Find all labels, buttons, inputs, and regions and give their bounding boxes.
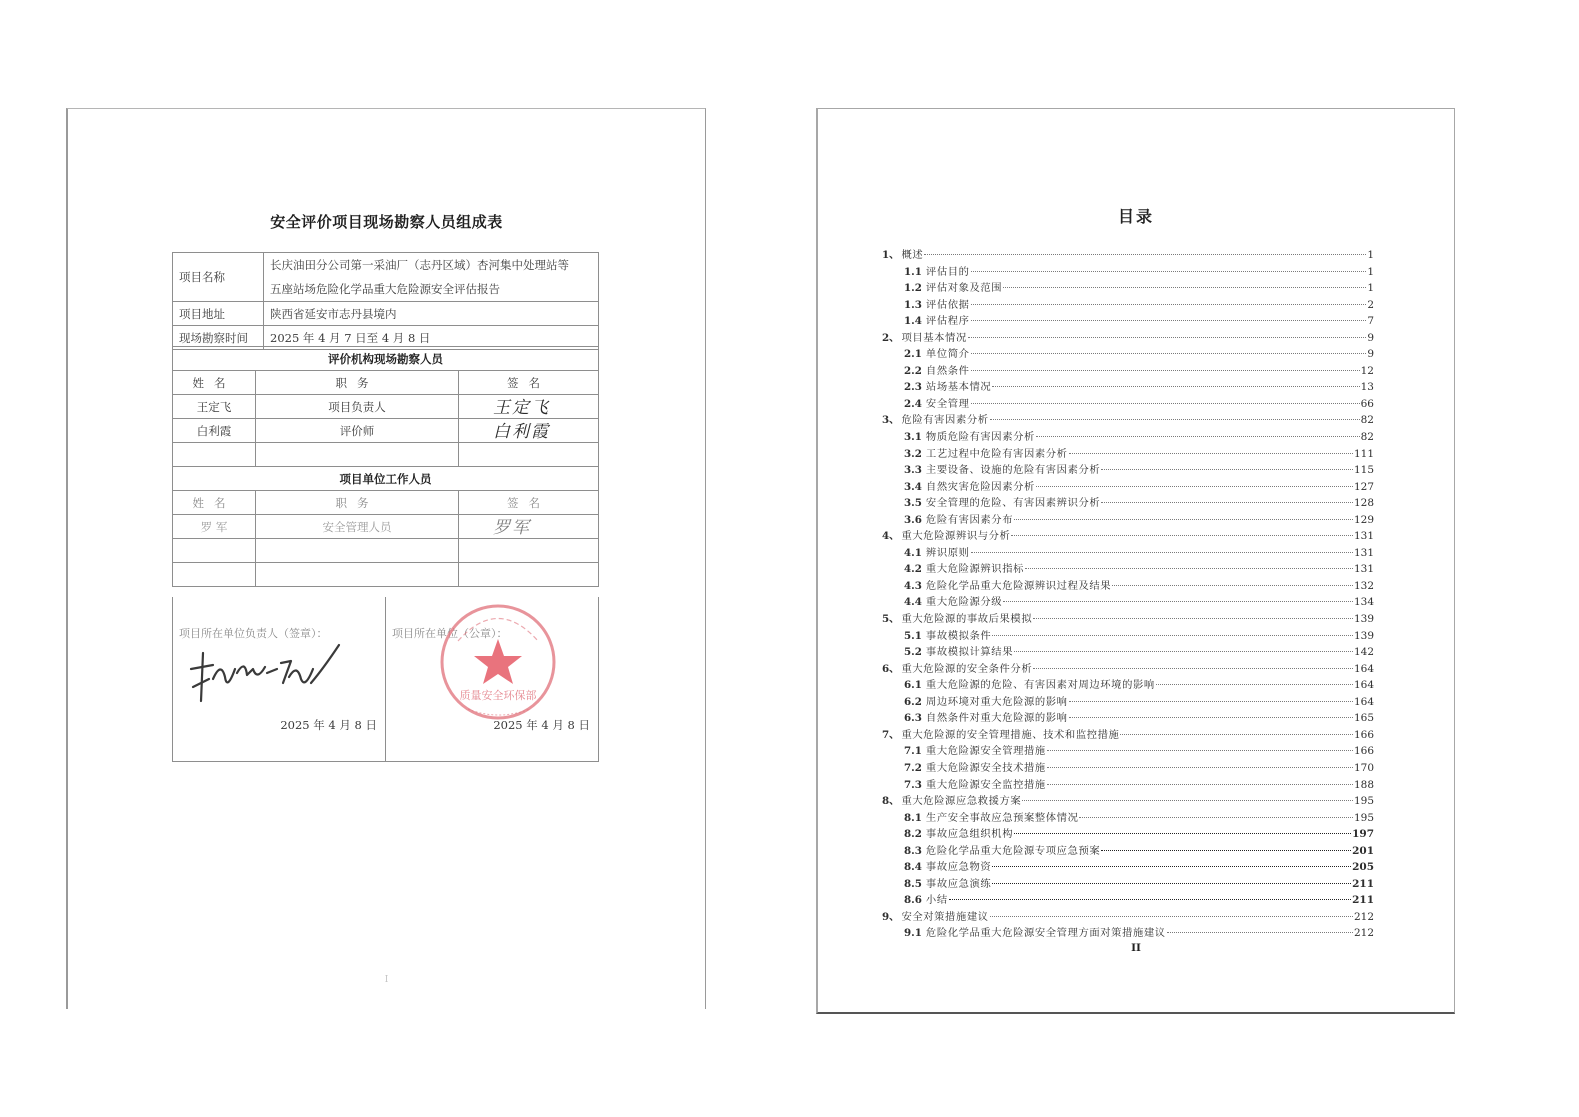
toc-entry-page: 132 — [1354, 578, 1374, 595]
toc-entry[interactable]: 8.4事故应急物资205 — [882, 859, 1374, 876]
dot-leader — [1033, 668, 1353, 669]
toc-entry-number: 1.1 — [904, 264, 922, 281]
responsible-date: 2025 年 4 月 8 日 — [280, 717, 377, 733]
toc-entry-number: 8.4 — [904, 859, 922, 876]
dot-leader — [992, 635, 1353, 636]
dot-leader — [990, 419, 1360, 420]
toc-entry-page: 195 — [1354, 793, 1374, 810]
unit-header-row: 姓名 职务 签名 — [173, 491, 599, 515]
dot-leader — [1120, 734, 1353, 735]
toc-entry-title: 重大危险源的事故后果模拟 — [901, 611, 1032, 628]
toc-entry-page: 211 — [1352, 876, 1374, 893]
toc-entry-title: 安全管理 — [926, 396, 970, 413]
toc-entry-title: 概述 — [901, 247, 923, 264]
toc-entry[interactable]: 3.2工艺过程中危险有害因素分析111 — [882, 446, 1374, 463]
col-position: 职务 — [256, 371, 459, 395]
toc-entry-page: 131 — [1354, 545, 1374, 562]
toc-entry[interactable]: 8.6小结211 — [882, 892, 1374, 909]
toc-entry-page: 1 — [1367, 247, 1374, 264]
toc-entry-title: 重大危险源辨识与分析 — [901, 528, 1010, 545]
toc-entry-title: 重大危险源辨识指标 — [926, 561, 1024, 578]
approval-block: 项目所在单位负责人（签章）： 2025 年 4 月 8 日 项目所在单位（公章）… — [172, 597, 599, 762]
toc-entry-page: 13 — [1361, 379, 1374, 396]
toc-entry[interactable]: 1.1评估目的1 — [882, 264, 1374, 281]
page-number: I — [68, 975, 705, 985]
dot-leader — [1003, 287, 1366, 288]
toc-entry[interactable]: 2.1单位简介9 — [882, 346, 1374, 363]
toc-entry-page: 2 — [1367, 297, 1374, 314]
toc-entry-number: 8.5 — [904, 876, 922, 893]
project-name-row: 项目名称 长庆油田分公司第一采油厂（志丹区域）杏河集中处理站等 五座站场危险化学… — [173, 253, 599, 302]
toc-entry[interactable]: 2.4安全管理66 — [882, 396, 1374, 413]
toc-entry-number: 7.1 — [904, 743, 922, 760]
toc-entry-number: 6.3 — [904, 710, 922, 727]
dot-leader — [1036, 486, 1353, 487]
toc-entry-number: 2、 — [882, 330, 899, 347]
toc-entry-number: 6.1 — [904, 677, 922, 694]
dot-leader — [971, 353, 1367, 354]
toc-entry-number: 4.4 — [904, 594, 922, 611]
toc-entry-page: 128 — [1354, 495, 1374, 512]
toc-entry[interactable]: 6.3自然条件对重大危险源的影响165 — [882, 710, 1374, 727]
signature-cell: 王定飞 — [459, 395, 599, 419]
toc-entry-page: 129 — [1354, 512, 1374, 529]
toc-entry[interactable]: 6、重大危险源的安全条件分析164 — [882, 661, 1374, 678]
dot-leader — [924, 254, 1366, 255]
toc-entry-page: 164 — [1354, 661, 1374, 678]
toc-entry-title: 评估依据 — [926, 297, 970, 314]
toc-entry[interactable]: 1、概述1 — [882, 247, 1374, 264]
toc-entry-title: 重大危险源应急救援方案 — [901, 793, 1021, 810]
toc-entry-page: 201 — [1352, 843, 1374, 860]
toc-entry-number: 3.5 — [904, 495, 922, 512]
toc-list: 1、概述11.1评估目的11.2评估对象及范围11.3评估依据21.4评估程序7… — [882, 247, 1374, 942]
toc-entry-number: 9、 — [882, 909, 899, 926]
dot-leader — [971, 320, 1367, 321]
official-seal-icon: 质量安全环保部 — [438, 601, 558, 723]
toc-entry-page: 127 — [1354, 479, 1374, 496]
table-row: 白利霞 评价师 白利霞 — [173, 419, 599, 443]
toc-entry[interactable]: 4.2重大危险源辨识指标131 — [882, 561, 1374, 578]
seal-cell: 项目所在单位（公章）： 质量安全环保部 2025 年 4 月 8 日 — [385, 597, 598, 761]
toc-entry-title: 辨识原则 — [926, 545, 970, 562]
project-address-label: 项目地址 — [173, 302, 264, 326]
dot-leader — [1101, 469, 1353, 470]
unit-section-title: 项目单位工作人员 — [173, 467, 599, 491]
evaluator-section-title: 评价机构现场勘察人员 — [173, 347, 599, 371]
handwritten-signature: 罗军 — [493, 513, 531, 538]
toc-entry-title: 站场基本情况 — [926, 379, 991, 396]
toc-entry-number: 4.2 — [904, 561, 922, 578]
toc-entry-number: 6、 — [882, 661, 899, 678]
dot-leader — [1047, 767, 1353, 768]
toc-entry[interactable]: 3、危险有害因素分析82 — [882, 412, 1374, 429]
toc-entry-title: 危险有害因素分布 — [926, 512, 1013, 529]
dot-leader — [1101, 502, 1353, 503]
toc-entry-number: 1.2 — [904, 280, 922, 297]
handwritten-signature-icon — [183, 639, 343, 709]
toc-entry-number: 1.4 — [904, 313, 922, 330]
toc-entry-number: 8、 — [882, 793, 899, 810]
toc-entry-title: 危险有害因素分析 — [901, 412, 988, 429]
toc-entry-number: 3、 — [882, 412, 899, 429]
toc-entry-page: 211 — [1352, 892, 1374, 909]
dot-leader — [1033, 618, 1353, 619]
evaluator-table: 评价机构现场勘察人员 姓名 职务 签名 王定飞 项目负责人 王定飞 白利霞 评价… — [172, 346, 599, 587]
toc-entry[interactable]: 2.3站场基本情况13 — [882, 379, 1374, 396]
toc-entry-number: 1、 — [882, 247, 899, 264]
toc-entry-number: 7.2 — [904, 760, 922, 777]
toc-entry-title: 危险化学品重大危险源辨识过程及结果 — [926, 578, 1111, 595]
dot-leader — [1112, 585, 1353, 586]
toc-entry-page: 9 — [1367, 346, 1374, 363]
toc-entry-page: 82 — [1361, 412, 1374, 429]
toc-entry-title: 安全管理的危险、有害因素辨识分析 — [926, 495, 1100, 512]
toc-entry-page: 188 — [1354, 777, 1374, 794]
project-name-label: 项目名称 — [173, 253, 264, 302]
toc-entry-number: 4.3 — [904, 578, 922, 595]
toc-entry-page: 131 — [1354, 528, 1374, 545]
toc-entry[interactable]: 9.1危险化学品重大危险源安全管理方面对策措施建议212 — [882, 925, 1374, 942]
toc-entry-title: 重大危险源的安全管理措施、技术和监控措施 — [901, 727, 1119, 744]
dot-leader — [1011, 535, 1353, 536]
toc-entry[interactable]: 5.1事故模拟条件139 — [882, 628, 1374, 645]
dot-leader — [1069, 453, 1353, 454]
toc-entry-title: 小结 — [926, 892, 948, 909]
toc-entry-title: 重大危险源的危险、有害因素对周边环境的影响 — [926, 677, 1155, 694]
toc-entry-number: 4、 — [882, 528, 899, 545]
toc-entry[interactable]: 7.3重大危险源安全监控措施188 — [882, 777, 1374, 794]
toc-entry-number: 8.2 — [904, 826, 922, 843]
table-of-contents-page: 目录 1、概述11.1评估目的11.2评估对象及范围11.3评估依据21.4评估… — [816, 108, 1455, 1014]
toc-entry-page: 1 — [1367, 264, 1374, 281]
dot-leader — [971, 271, 1367, 272]
toc-entry-number: 6.2 — [904, 694, 922, 711]
toc-entry[interactable]: 6.1重大危险源的危险、有害因素对周边环境的影响164 — [882, 677, 1374, 694]
toc-entry[interactable]: 4.3危险化学品重大危险源辨识过程及结果132 — [882, 578, 1374, 595]
handwritten-signature: 白利霞 — [493, 417, 550, 442]
toc-entry-title: 物质危险有害因素分析 — [926, 429, 1035, 446]
toc-entry-number: 8.1 — [904, 810, 922, 827]
toc-entry-title: 事故应急演练 — [926, 876, 991, 893]
project-address-row: 项目地址 陕西省延安市志丹县境内 — [173, 302, 599, 326]
toc-entry-title: 重大危险源的安全条件分析 — [901, 661, 1032, 678]
toc-entry-number: 3.6 — [904, 512, 922, 529]
dot-leader — [992, 866, 1351, 867]
toc-title: 目录 — [818, 204, 1454, 227]
toc-entry-title: 工艺过程中危险有害因素分析 — [926, 446, 1068, 463]
toc-entry-page: 164 — [1354, 677, 1374, 694]
toc-entry[interactable]: 4.4重大危险源分级134 — [882, 594, 1374, 611]
toc-entry-number: 3.1 — [904, 429, 922, 446]
toc-entry[interactable]: 7.2重大危险源安全技术措施170 — [882, 760, 1374, 777]
toc-entry-page: 9 — [1367, 330, 1374, 347]
dot-leader — [971, 370, 1360, 371]
toc-entry[interactable]: 8.1生产安全事故应急预案整体情况195 — [882, 810, 1374, 827]
project-address-value: 陕西省延安市志丹县境内 — [264, 302, 599, 326]
toc-entry-title: 自然灾害危险因素分析 — [926, 479, 1035, 496]
toc-entry[interactable]: 3.1物质危险有害因素分析82 — [882, 429, 1374, 446]
toc-entry-number: 3.2 — [904, 446, 922, 463]
signature-cell: 白利霞 — [459, 419, 599, 443]
dot-leader — [1156, 684, 1353, 685]
toc-entry-title: 项目基本情况 — [901, 330, 966, 347]
table-row — [173, 443, 599, 467]
toc-entry-number: 2.2 — [904, 363, 922, 380]
toc-entry-title: 主要设备、设施的危险有害因素分析 — [926, 462, 1100, 479]
dot-leader — [968, 337, 1366, 338]
table-row: 王定飞 项目负责人 王定飞 — [173, 395, 599, 419]
dot-leader — [1069, 701, 1353, 702]
toc-entry-page: 7 — [1367, 313, 1374, 330]
toc-entry-page: 134 — [1354, 594, 1374, 611]
toc-entry[interactable]: 4、重大危险源辨识与分析131 — [882, 528, 1374, 545]
toc-entry-number: 4.1 — [904, 545, 922, 562]
dot-leader — [990, 916, 1353, 917]
dot-leader — [1014, 833, 1351, 834]
dot-leader — [1079, 817, 1352, 818]
toc-entry[interactable]: 3.5安全管理的危险、有害因素辨识分析128 — [882, 495, 1374, 512]
handwritten-signature: 王定飞 — [493, 393, 550, 418]
dot-leader — [971, 304, 1367, 305]
dot-leader — [1047, 750, 1353, 751]
toc-entry[interactable]: 3.6危险有害因素分布129 — [882, 512, 1374, 529]
toc-entry-number: 2.4 — [904, 396, 922, 413]
toc-entry-number: 7.3 — [904, 777, 922, 794]
toc-entry-title: 安全对策措施建议 — [901, 909, 988, 926]
toc-entry-title: 单位简介 — [926, 346, 970, 363]
toc-entry-title: 危险化学品重大危险源安全管理方面对策措施建议 — [926, 925, 1166, 942]
toc-entry[interactable]: 3.3主要设备、设施的危险有害因素分析115 — [882, 462, 1374, 479]
toc-entry-title: 评估对象及范围 — [926, 280, 1002, 297]
toc-entry-number: 3.4 — [904, 479, 922, 496]
toc-entry-title: 重大危险源分级 — [926, 594, 1002, 611]
toc-entry-page: 195 — [1354, 810, 1374, 827]
dot-leader — [1003, 601, 1353, 602]
toc-entry[interactable]: 3.4自然灾害危险因素分析127 — [882, 479, 1374, 496]
toc-entry[interactable]: 4.1辨识原则131 — [882, 545, 1374, 562]
toc-entry-number: 3.3 — [904, 462, 922, 479]
toc-entry-page: 197 — [1352, 826, 1374, 843]
col-signature: 签名 — [459, 371, 599, 395]
project-name-value: 长庆油田分公司第一采油厂（志丹区域）杏河集中处理站等 五座站场危险化学品重大危险… — [264, 253, 599, 302]
toc-entry-page: 12 — [1361, 363, 1374, 380]
responsible-signature-cell: 项目所在单位负责人（签章）： 2025 年 4 月 8 日 — [173, 597, 385, 761]
dot-leader — [949, 899, 1351, 900]
toc-entry[interactable]: 8.5事故应急演练211 — [882, 876, 1374, 893]
toc-entry-title: 自然条件 — [926, 363, 970, 380]
toc-entry-page: 139 — [1354, 611, 1374, 628]
toc-entry-title: 事故应急组织机构 — [926, 826, 1013, 843]
dot-leader — [992, 386, 1359, 387]
toc-entry[interactable]: 1.2评估对象及范围1 — [882, 280, 1374, 297]
toc-entry-page: 1 — [1367, 280, 1374, 297]
toc-entry-number: 5.2 — [904, 644, 922, 661]
toc-entry-page: 166 — [1354, 743, 1374, 760]
toc-entry[interactable]: 9、安全对策措施建议212 — [882, 909, 1374, 926]
toc-entry-number: 7、 — [882, 727, 899, 744]
toc-entry-page: 111 — [1354, 446, 1374, 463]
col-name: 姓名 — [173, 371, 256, 395]
toc-entry[interactable]: 7、重大危险源的安全管理措施、技术和监控措施166 — [882, 727, 1374, 744]
toc-entry-number: 2.1 — [904, 346, 922, 363]
signature-cell: 罗军 — [459, 515, 599, 539]
toc-entry[interactable]: 1.4评估程序7 — [882, 313, 1374, 330]
toc-entry-page: 66 — [1361, 396, 1374, 413]
dot-leader — [1014, 651, 1353, 652]
dot-leader — [1069, 717, 1353, 718]
toc-entry-title: 评估目的 — [926, 264, 970, 281]
toc-entry-number: 2.3 — [904, 379, 922, 396]
toc-entry-page: 166 — [1354, 727, 1374, 744]
dot-leader — [1022, 800, 1353, 801]
toc-entry[interactable]: 7.1重大危险源安全管理措施166 — [882, 743, 1374, 760]
dot-leader — [992, 883, 1351, 884]
table-row — [173, 563, 599, 587]
toc-entry-number: 1.3 — [904, 297, 922, 314]
svg-text:质量安全环保部: 质量安全环保部 — [460, 688, 537, 702]
form-title: 安全评价项目现场勘察人员组成表 — [68, 211, 705, 232]
toc-entry-title: 自然条件对重大危险源的影响 — [926, 710, 1068, 727]
toc-entry-page: 205 — [1352, 859, 1374, 876]
toc-entry-number: 9.1 — [904, 925, 922, 942]
toc-entry[interactable]: 8、重大危险源应急救援方案195 — [882, 793, 1374, 810]
dot-leader — [1101, 850, 1351, 851]
dot-leader — [1167, 932, 1353, 933]
toc-entry-page: 142 — [1354, 644, 1374, 661]
toc-entry-number: 5.1 — [904, 628, 922, 645]
toc-entry-number: 5、 — [882, 611, 899, 628]
toc-entry-page: 115 — [1354, 462, 1374, 479]
dot-leader — [1047, 784, 1353, 785]
toc-entry-title: 事故应急物资 — [926, 859, 991, 876]
toc-entry[interactable]: 2、项目基本情况9 — [882, 330, 1374, 347]
page-number: II — [818, 942, 1454, 954]
toc-entry-page: 164 — [1354, 694, 1374, 711]
toc-entry[interactable]: 8.2事故应急组织机构197 — [882, 826, 1374, 843]
toc-entry-title: 事故模拟条件 — [926, 628, 991, 645]
toc-entry-title: 事故模拟计算结果 — [926, 644, 1013, 661]
toc-entry[interactable]: 5、重大危险源的事故后果模拟139 — [882, 611, 1374, 628]
toc-entry-title: 重大危险源安全技术措施 — [926, 760, 1046, 777]
seal-date: 2025 年 4 月 8 日 — [493, 717, 590, 733]
toc-entry-page: 82 — [1361, 429, 1374, 446]
personnel-form-page: 安全评价项目现场勘察人员组成表 项目名称 长庆油田分公司第一采油厂（志丹区域）杏… — [66, 108, 706, 1009]
dot-leader — [1036, 436, 1360, 437]
toc-entry-page: 165 — [1354, 710, 1374, 727]
toc-entry-page: 170 — [1354, 760, 1374, 777]
toc-entry-page: 139 — [1354, 628, 1374, 645]
dot-leader — [1025, 568, 1353, 569]
dot-leader — [971, 403, 1360, 404]
table-row — [173, 539, 599, 563]
table-row: 罗 军 安全管理人员 罗军 — [173, 515, 599, 539]
toc-entry-page: 212 — [1354, 925, 1374, 942]
toc-entry-page: 212 — [1354, 909, 1374, 926]
toc-entry-title: 危险化学品重大危险源专项应急预案 — [926, 843, 1100, 860]
toc-entry[interactable]: 5.2事故模拟计算结果142 — [882, 644, 1374, 661]
toc-entry[interactable]: 8.3危险化学品重大危险源专项应急预案201 — [882, 843, 1374, 860]
toc-entry[interactable]: 6.2周边环境对重大危险源的影响164 — [882, 694, 1374, 711]
toc-entry-title: 重大危险源安全管理措施 — [926, 743, 1046, 760]
toc-entry-title: 重大危险源安全监控措施 — [926, 777, 1046, 794]
toc-entry[interactable]: 2.2自然条件12 — [882, 363, 1374, 380]
personnel-form-table: 项目名称 长庆油田分公司第一采油厂（志丹区域）杏河集中处理站等 五座站场危险化学… — [172, 252, 599, 350]
dot-leader — [971, 552, 1353, 553]
evaluator-header-row: 姓名 职务 签名 — [173, 371, 599, 395]
toc-entry-page: 131 — [1354, 561, 1374, 578]
toc-entry-number: 8.3 — [904, 843, 922, 860]
toc-entry-title: 生产安全事故应急预案整体情况 — [926, 810, 1079, 827]
toc-entry[interactable]: 1.3评估依据2 — [882, 297, 1374, 314]
toc-entry-number: 8.6 — [904, 892, 922, 909]
dot-leader — [1014, 519, 1353, 520]
toc-entry-title: 周边环境对重大危险源的影响 — [926, 694, 1068, 711]
toc-entry-title: 评估程序 — [926, 313, 970, 330]
